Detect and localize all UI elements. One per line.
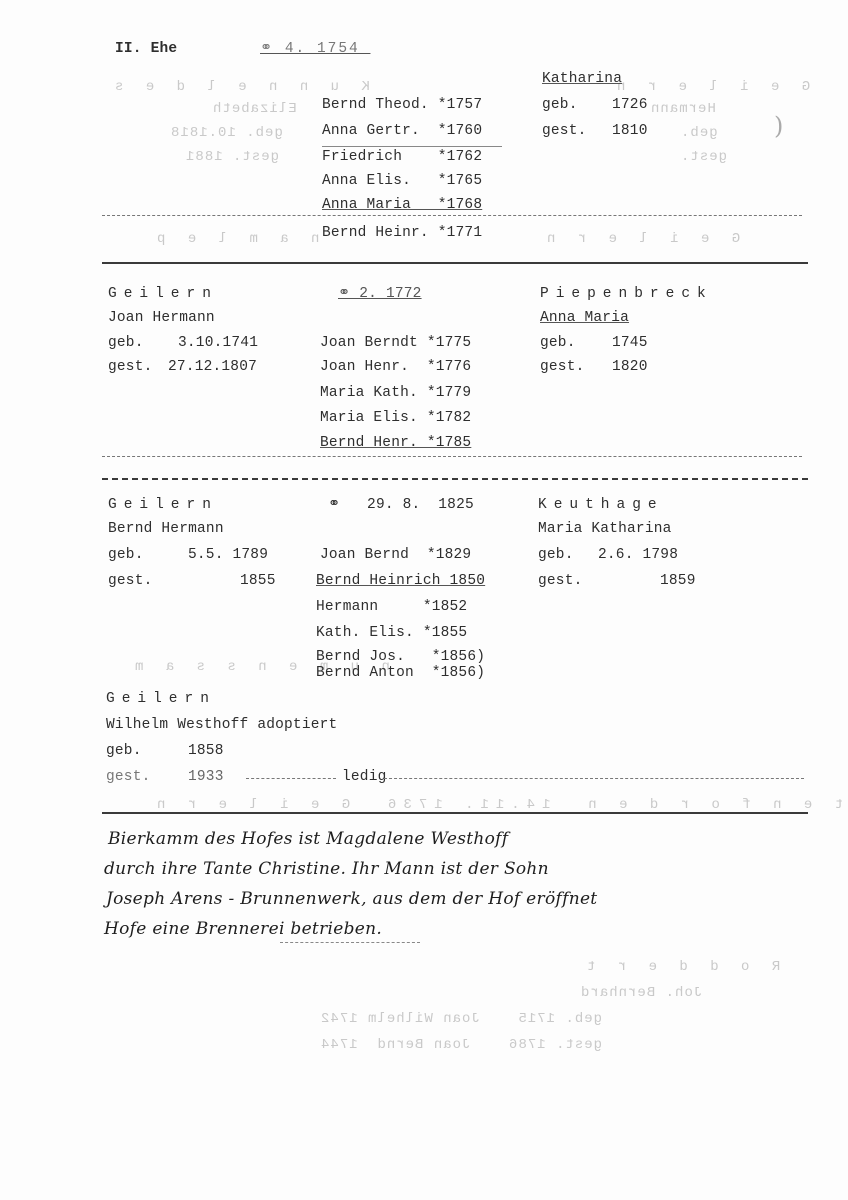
child-entry: Joan Berndt *1775 (320, 334, 471, 352)
child-entry: Bernd Heinr. *1771 (322, 224, 482, 242)
wife-born: 1726 (612, 96, 648, 114)
husband-died: 1855 (240, 572, 276, 590)
handwritten-note-line: Joseph Arens - Brunnenwerk, aus dem der … (106, 886, 597, 912)
divider (246, 778, 336, 779)
husband-born-label: geb. (108, 546, 144, 564)
handwritten-note-line: Bierkamm des Hofes ist Magdalene Westhof… (108, 826, 508, 852)
wife-died: 1810 (612, 122, 648, 140)
child-entry: Maria Kath. *1779 (320, 384, 471, 402)
bleed-through-text: R o d d e r t (580, 958, 780, 976)
bleed-through-text: G e i l e r n (540, 230, 740, 248)
handwritten-note-line: durch ihre Tante Christine. Ihr Mann ist… (104, 856, 549, 882)
wife-name: Anna Maria (540, 309, 629, 327)
bleed-through-text: K u n n e l d e s (108, 78, 370, 96)
child-entry: Friedrich *1762 (322, 148, 482, 166)
bleed-through-text: n a m l e p (150, 230, 319, 248)
husband-died-label: gest. (108, 358, 153, 376)
child-entry: Kath. Elis. *1855 (316, 624, 467, 642)
person-born-label: geb. (106, 742, 142, 760)
wife-born: 1745 (612, 334, 648, 352)
marriage-heading: II. Ehe (115, 40, 177, 58)
child-entry: Bernd Theod. *1757 (322, 96, 482, 114)
bleed-through-text: G e i l e r n (610, 78, 810, 96)
husband-died-label: gest. (108, 572, 153, 590)
person-died-label: gest. (106, 768, 151, 786)
husband-name: Bernd Hermann (108, 520, 224, 538)
handwritten-note-line: Hofe eine Brennerei betrieben. (104, 916, 382, 942)
document-page: K u n n e l d e s Elizabeth geb. 10.1818… (0, 0, 848, 1200)
divider (102, 215, 802, 216)
wife-surname: Keuthage (538, 496, 664, 514)
husband-born: 5.5. 1789 (188, 546, 268, 564)
marriage-date: ⚭ 29. 8. 1825 (328, 496, 474, 514)
person-born: 1858 (188, 742, 224, 760)
wife-died-label: gest. (542, 122, 587, 140)
bleed-through-text: gest. 1881 (185, 148, 279, 166)
bleed-through-text: geb. 10.1818 (170, 124, 283, 142)
child-entry: Anna Maria *1768 (322, 196, 482, 214)
wife-died-label: gest. (540, 358, 585, 376)
divider (384, 778, 804, 779)
child-entry: Maria Elis. *1782 (320, 409, 471, 427)
child-entry: Joan Bernd *1829 (320, 546, 471, 564)
bleed-through-text: Elizabeth (212, 100, 297, 118)
marriage-date: ⚭ 2. 1772 (338, 285, 422, 303)
bleed-through-text: geb. (680, 124, 718, 142)
divider (102, 478, 808, 480)
wife-died-label: gest. (538, 572, 583, 590)
bleed-through-text: Joh. Bernhard (580, 984, 702, 1002)
child-entry: Bernd Anton *1856) (316, 666, 485, 680)
wife-name: Maria Katharina (538, 520, 672, 538)
margin-mark: ) (774, 112, 783, 140)
child-entry: Bernd Heinrich 1850 (316, 572, 485, 590)
husband-died: 27.12.1807 (168, 358, 257, 376)
child-entry: Bernd Henr. *1785 (320, 434, 471, 452)
person-name: Wilhelm Westhoff adoptiert (106, 716, 337, 734)
marriage-date-header: ⚭ 4. 1754 (260, 40, 370, 58)
person-surname: Geilern (106, 690, 216, 708)
wife-born-label: geb. (542, 96, 578, 114)
wife-name: Katharina (542, 70, 622, 88)
wife-born-label: geb. (538, 546, 574, 564)
husband-born-label: geb. (108, 334, 144, 352)
wife-surname: Piepenbreck (540, 285, 713, 303)
person-status: ledig (342, 768, 387, 786)
husband-surname: Geilern (108, 496, 218, 514)
bleed-through-text: gest. 1786 Joan Bernd 1744 (320, 1036, 602, 1054)
divider (280, 942, 420, 943)
divider (102, 262, 808, 264)
husband-name: Joan Hermann (108, 309, 215, 327)
bleed-through-text: geb. 1715 Joan Wilhelm 1742 (320, 1010, 602, 1028)
husband-born: 3.10.1741 (178, 334, 258, 352)
child-entry: Bernd Jos. *1856) (316, 650, 485, 664)
child-entry: Anna Gertr. *1760 (322, 122, 482, 140)
divider (102, 812, 808, 814)
husband-surname: Geilern (108, 285, 218, 303)
wife-died: 1859 (660, 572, 696, 590)
person-died: 1933 (188, 768, 224, 786)
divider (102, 456, 802, 457)
wife-born-label: geb. (540, 334, 576, 352)
wife-died: 1820 (612, 358, 648, 376)
bleed-through-text: Hermann (650, 100, 716, 118)
child-entry: Hermann *1852 (316, 598, 467, 616)
child-entry: Anna Elis. *1765 (322, 172, 482, 190)
divider (322, 146, 502, 147)
bleed-through-text: gest. (680, 148, 727, 166)
child-entry: Joan Henr. *1776 (320, 358, 471, 376)
wife-born: 2.6. 1798 (598, 546, 678, 564)
